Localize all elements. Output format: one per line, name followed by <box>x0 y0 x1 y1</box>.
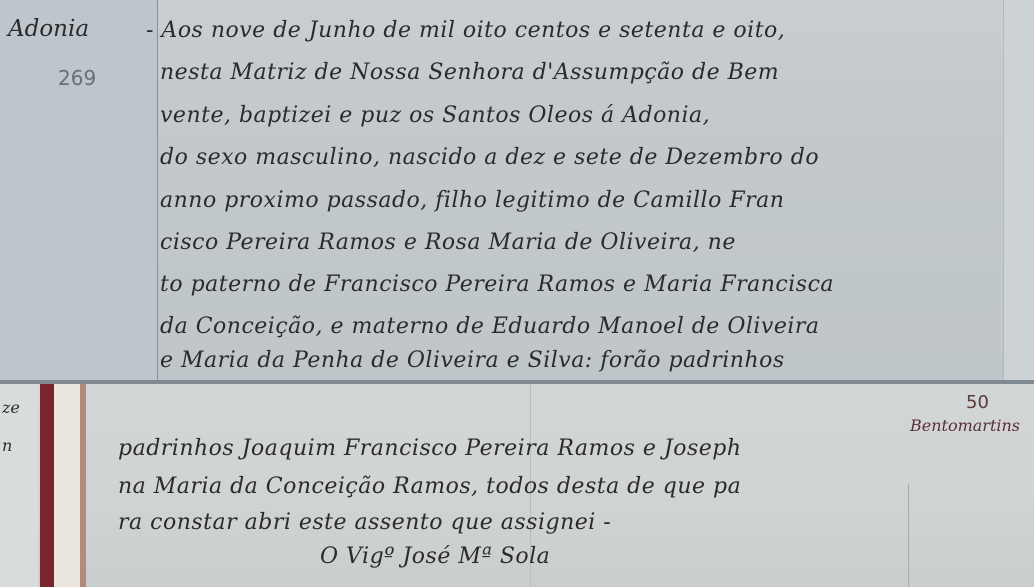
record-line-12: ra constar abri este assento que assigne… <box>118 510 611 535</box>
margin-rule-line <box>157 0 158 382</box>
upper-page-scan: Adonia 269 - Aos nove de Junho de mil oi… <box>0 0 1034 382</box>
binding-fragment-1: ze <box>2 398 20 417</box>
record-line-1: - Aos nove de Junho de mil oito centos e… <box>146 18 785 43</box>
margin-column <box>0 0 157 382</box>
record-line-2: nesta Matriz de Nossa Senhora d'Assumpçã… <box>160 60 779 85</box>
page-number: 50 <box>966 392 989 413</box>
record-line-5: anno proximo passado, filho legitimo de … <box>160 188 784 213</box>
priest-signature: O Vigº José Mª Sola <box>320 544 550 569</box>
record-line-6: cisco Pereira Ramos e Rosa Maria de Oliv… <box>160 230 736 255</box>
record-line-9: e Maria da Penha de Oliveira e Silva: fo… <box>160 348 785 373</box>
lower-page-scan: ze n 50 Bentomartins padrinhos Joaquim F… <box>0 384 1034 587</box>
record-line-3: vente, baptizei e puz os Santos Oleos á … <box>160 103 710 128</box>
record-line-8: da Conceição, e materno de Eduardo Manoe… <box>160 314 820 339</box>
record-line-11: na Maria da Conceição Ramos, todos desta… <box>118 474 741 499</box>
ruled-line <box>908 484 909 587</box>
binding-fragment-2: n <box>2 436 12 455</box>
margin-child-name: Adonia <box>8 16 89 42</box>
binding-edge <box>80 384 86 587</box>
record-line-4: do sexo masculino, nascido a dez e sete … <box>160 145 819 170</box>
margin-entry-number: 269 <box>58 66 96 90</box>
margin-note: Bentomartins <box>910 416 1020 435</box>
record-line-10: padrinhos Joaquim Francisco Pereira Ramo… <box>118 436 742 461</box>
record-line-7: to paterno de Francisco Pereira Ramos e … <box>160 272 834 297</box>
binding-paper-edge <box>54 384 80 587</box>
binding-spine <box>40 384 54 587</box>
page-edge <box>1003 0 1034 382</box>
